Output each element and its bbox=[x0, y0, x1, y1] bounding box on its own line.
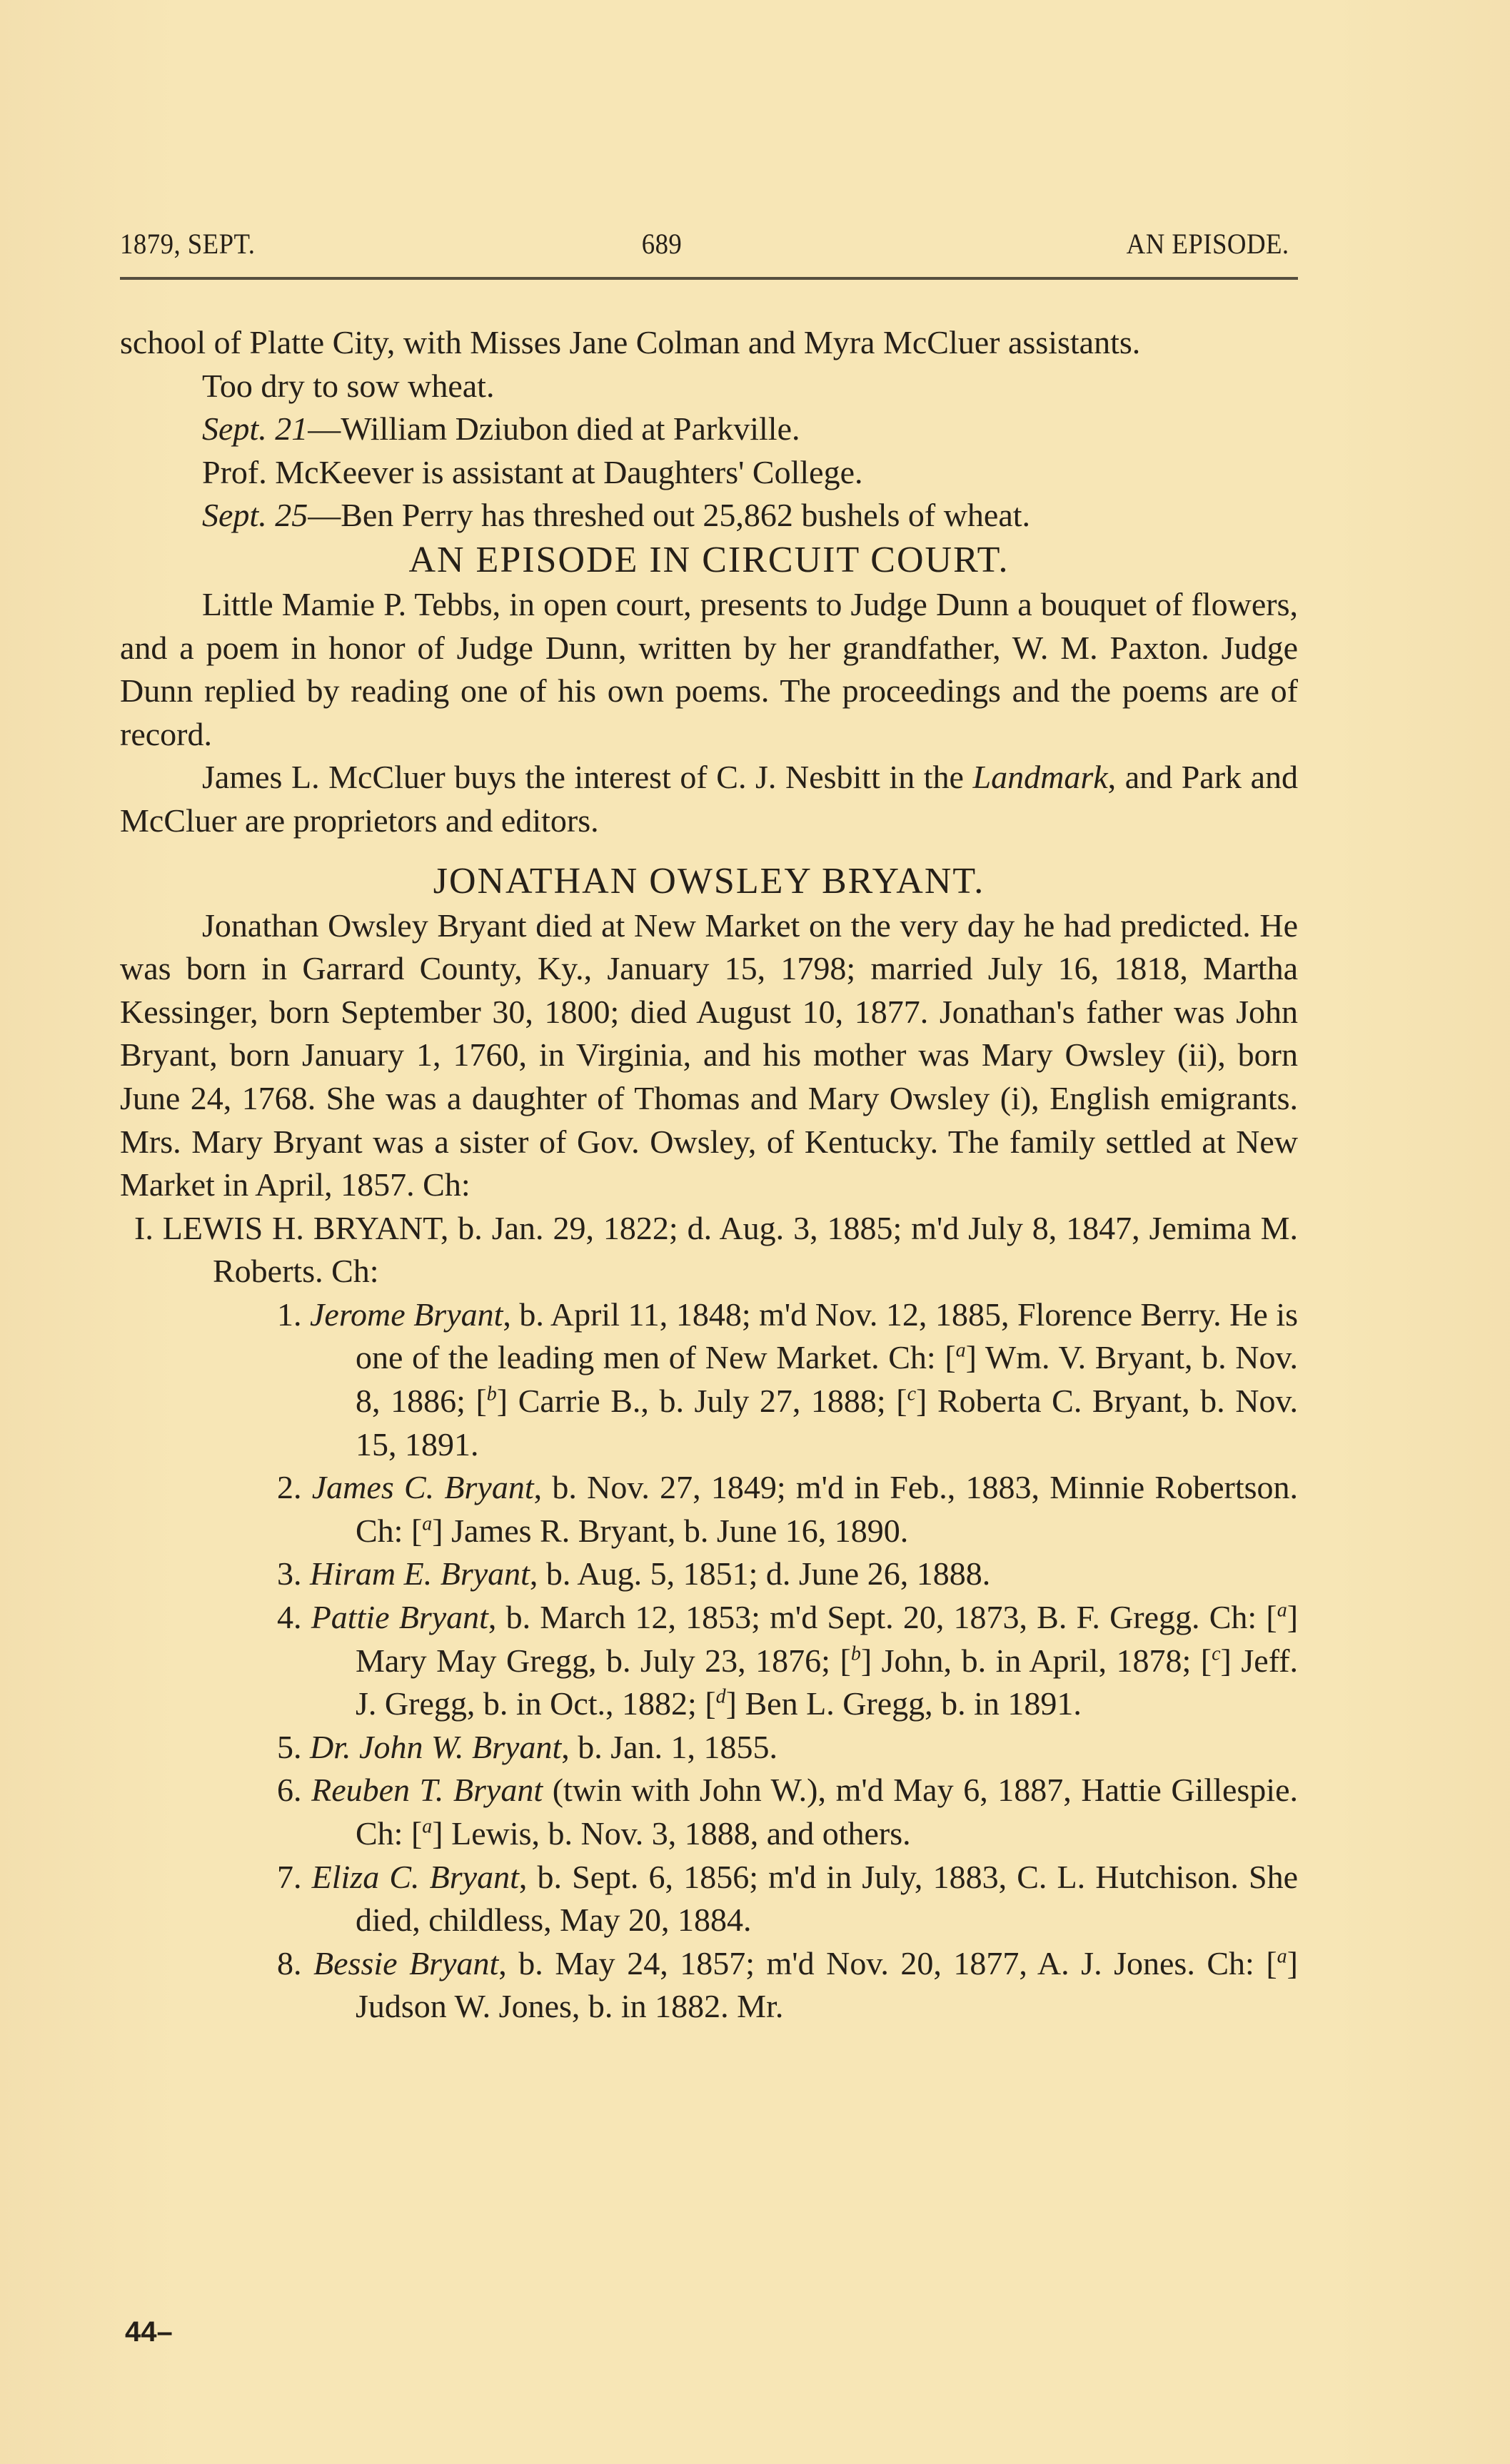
genealogy-entry-lewis: I. LEWIS H. BRYANT, b. Jan. 29, 1822; d.… bbox=[120, 1207, 1298, 1293]
child-entry: 6. Reuben T. Bryant (twin with John W.),… bbox=[120, 1769, 1298, 1855]
paragraph-mckeever: Prof. McKeever is assistant at Daughters… bbox=[120, 451, 1298, 495]
paragraph-wheat: Too dry to sow wheat. bbox=[120, 365, 1298, 408]
child-entry: 5. Dr. John W. Bryant, b. Jan. 1, 1855. bbox=[120, 1726, 1298, 1769]
grandchild-entry: [a] James R. Bryant, b. June 16, 1890. bbox=[411, 1513, 908, 1549]
child-text: , b. Jan. 1, 1855. bbox=[561, 1729, 777, 1765]
landmark-text-a: James L. McCluer buys the interest of C.… bbox=[202, 759, 973, 795]
grandchild-mark: b bbox=[851, 1642, 861, 1665]
child-text: , b. May 24, 1857; m'd Nov. 20, 1877, A.… bbox=[498, 1945, 1266, 1981]
child-name: Hiram E. Bryant bbox=[310, 1555, 530, 1592]
grandchild-entry: [a] Lewis, b. Nov. 3, 1888, and others. bbox=[411, 1815, 911, 1852]
paragraph-tebbs: Little Mamie P. Tebbs, in open court, pr… bbox=[120, 583, 1298, 756]
running-head-date: 1879, SEPT. bbox=[120, 227, 255, 261]
grandchild-mark: a bbox=[422, 1816, 432, 1838]
running-head-title: AN EPISODE. bbox=[1127, 227, 1289, 261]
entry-name: LEWIS H. BRYANT bbox=[163, 1210, 441, 1246]
body-text: school of Platte City, with Misses Jane … bbox=[120, 321, 1298, 2029]
children-list: 1. Jerome Bryant, b. April 11, 1848; m'd… bbox=[120, 1293, 1298, 2029]
child-name: James C. Bryant bbox=[312, 1469, 534, 1505]
child-name: Dr. John W. Bryant bbox=[310, 1729, 561, 1765]
child-entry: 1. Jerome Bryant, b. April 11, 1848; m'd… bbox=[120, 1293, 1298, 1466]
child-number: 6. bbox=[277, 1772, 311, 1808]
child-name: Bessie Bryant bbox=[313, 1945, 498, 1981]
grandchild-mark: a bbox=[422, 1513, 432, 1535]
landmark-title: Landmark bbox=[973, 759, 1108, 795]
grandchild-mark: c bbox=[907, 1383, 916, 1405]
sept21-text: —William Dziubon died at Parkville. bbox=[308, 410, 800, 447]
paragraph-sept25: Sept. 25—Ben Perry has threshed out 25,8… bbox=[120, 494, 1298, 537]
child-number: 8. bbox=[277, 1945, 313, 1981]
header-rule bbox=[120, 277, 1298, 280]
date-sept21: Sept. 21 bbox=[202, 410, 308, 447]
child-entry: 4. Pattie Bryant, b. March 12, 1853; m'd… bbox=[120, 1596, 1298, 1726]
roman-numeral: I. bbox=[134, 1210, 153, 1246]
child-number: 7. bbox=[277, 1859, 312, 1895]
section-heading-bryant: JONATHAN OWSLEY BRYANT. bbox=[120, 859, 1298, 904]
paragraph-landmark: James L. McCluer buys the interest of C.… bbox=[120, 756, 1298, 842]
child-name: Pattie Bryant bbox=[311, 1599, 488, 1635]
grandchild-mark: b bbox=[487, 1383, 497, 1405]
paragraph-continuation: school of Platte City, with Misses Jane … bbox=[120, 321, 1298, 365]
grandchild-entry: [b] Carrie B., b. July 27, 1888; bbox=[475, 1383, 896, 1419]
child-text: , b. March 12, 1853; m'd Sept. 20, 1873,… bbox=[488, 1599, 1266, 1635]
child-name: Jerome Bryant bbox=[310, 1296, 503, 1333]
grandchild-mark: d bbox=[716, 1686, 726, 1708]
grandchild-mark: a bbox=[956, 1340, 966, 1362]
child-number: 3. bbox=[277, 1555, 310, 1592]
grandchild-mark: a bbox=[1277, 1945, 1287, 1967]
child-text: , b. Aug. 5, 1851; d. June 26, 1888. bbox=[530, 1555, 990, 1592]
child-name: Reuben T. Bryant bbox=[311, 1772, 543, 1808]
signature-mark: 44– bbox=[125, 2316, 173, 2348]
child-number: 4. bbox=[277, 1599, 311, 1635]
child-number: 5. bbox=[277, 1729, 310, 1765]
grandchild-mark: a bbox=[1277, 1600, 1287, 1622]
child-name: Eliza C. Bryant bbox=[312, 1859, 519, 1895]
child-entry: 2. James C. Bryant, b. Nov. 27, 1849; m'… bbox=[120, 1466, 1298, 1552]
grandchild-entry: [d] Ben L. Gregg, b. in 1891. bbox=[705, 1685, 1082, 1722]
date-sept25: Sept. 25 bbox=[202, 497, 308, 533]
child-entry: 3. Hiram E. Bryant, b. Aug. 5, 1851; d. … bbox=[120, 1552, 1298, 1596]
grandchild-mark: c bbox=[1212, 1642, 1220, 1665]
section-heading-circuit-court: AN EPISODE IN CIRCUIT COURT. bbox=[120, 537, 1298, 583]
sept25-text: —Ben Perry has threshed out 25,862 bushe… bbox=[308, 497, 1030, 533]
grandchild-entry: [b] John, b. in April, 1878; bbox=[840, 1642, 1200, 1679]
page-number: 689 bbox=[642, 227, 683, 261]
paragraph-sept21: Sept. 21—William Dziubon died at Parkvil… bbox=[120, 408, 1298, 451]
running-head: 1879, SEPT. 689 AN EPISODE. bbox=[120, 227, 1204, 270]
child-number: 1. bbox=[277, 1296, 310, 1333]
child-number: 2. bbox=[277, 1469, 312, 1505]
child-entry: 8. Bessie Bryant, b. May 24, 1857; m'd N… bbox=[120, 1942, 1298, 2029]
child-entry: 7. Eliza C. Bryant, b. Sept. 6, 1856; m'… bbox=[120, 1856, 1298, 1942]
paragraph-bryant-intro: Jonathan Owsley Bryant died at New Marke… bbox=[120, 904, 1298, 1207]
